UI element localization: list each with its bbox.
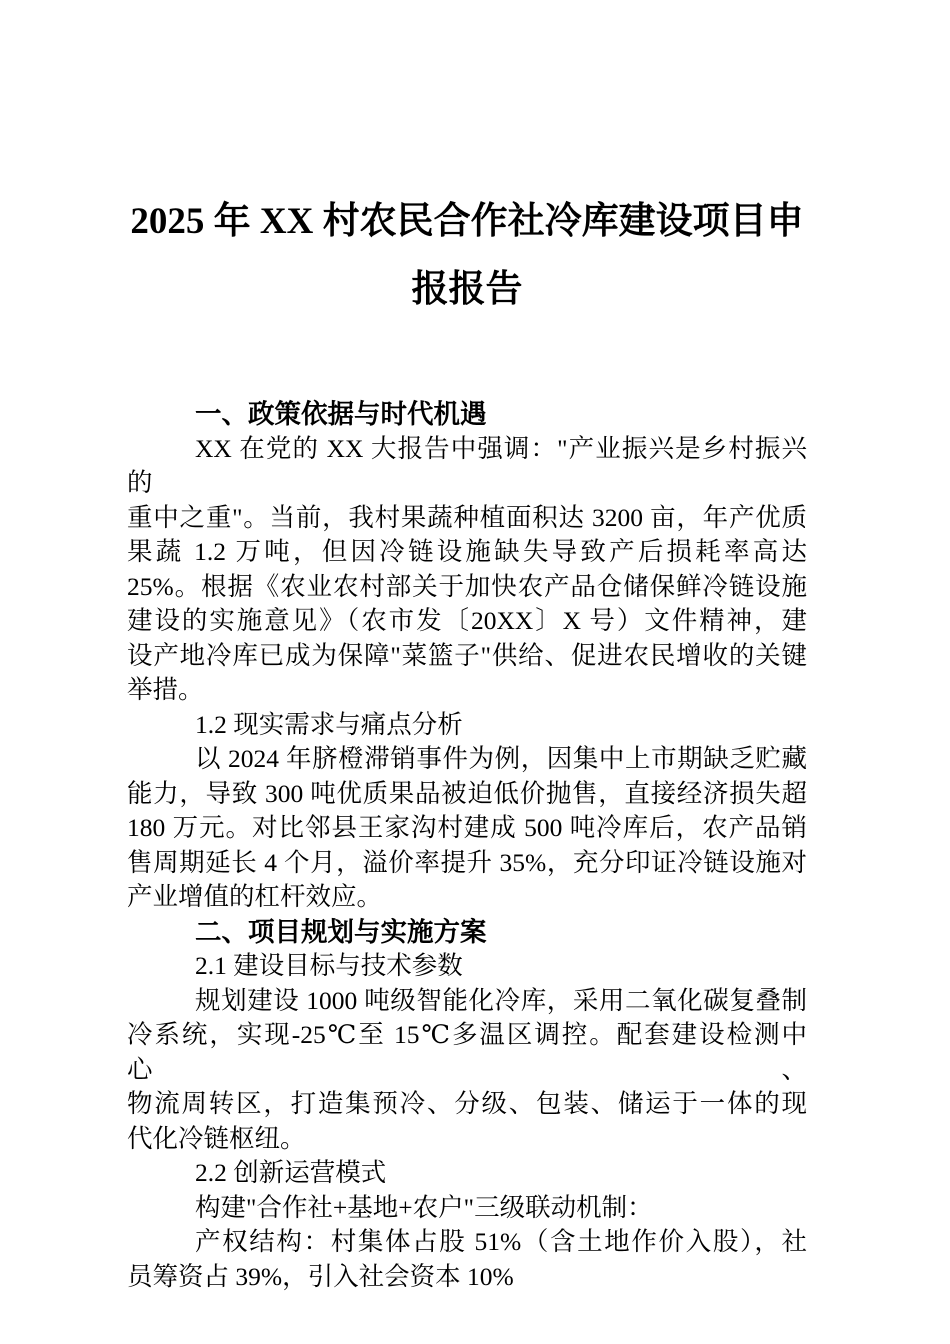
text-line: 售周期延长 4 个月，溢价率提升 35%，充分印证冷链设施对 [127,846,807,881]
document-body: 一、政策依据与时代机遇XX 在党的 XX 大报告中强调："产业振兴是乡村振兴的重… [127,397,807,1294]
text-line: 举措。 [127,673,807,708]
text-line: 冷系统，实现-25℃至 15℃多温区调控。配套建设检测中心、 [127,1018,807,1087]
sub-heading: 1.2 现实需求与痛点分析 [127,708,807,743]
text-line: 员筹资占 39%，引入社会资本 10% [127,1260,807,1295]
paragraph: 构建"合作社+基地+农户"三级联动机制： [127,1191,807,1226]
text-line: 产业增值的杠杆效应。 [127,880,807,915]
text-line: 产权结构：村集体占股 51%（含土地作价入股），社 [127,1225,807,1260]
document-title: 2025 年 XX 村农民合作社冷库建设项目申 报报告 [127,188,807,324]
paragraph: 产权结构：村集体占股 51%（含土地作价入股），社员筹资占 39%，引入社会资本… [127,1225,807,1294]
text-line: XX 在党的 XX 大报告中强调："产业振兴是乡村振兴的 [127,432,807,501]
paragraph: 以 2024 年脐橙滞销事件为例，因集中上市期缺乏贮藏能力，导致 300 吨优质… [127,742,807,915]
text-line: 代化冷链枢纽。 [127,1122,807,1157]
text-line: 设产地冷库已成为保障"菜篮子"供给、促进农民增收的关键 [127,639,807,674]
document-title-line-1: 2025 年 XX 村农民合作社冷库建设项目申 [127,188,807,256]
document-title-line-2: 报报告 [127,256,807,324]
section-heading: 一、政策依据与时代机遇 [127,397,807,432]
text-line: 物流周转区，打造集预冷、分级、包装、储运于一体的现 [127,1087,807,1122]
document-page: 2025 年 XX 村农民合作社冷库建设项目申 报报告 一、政策依据与时代机遇X… [0,0,950,1344]
text-line: 以 2024 年脐橙滞销事件为例，因集中上市期缺乏贮藏 [127,742,807,777]
text-line: 规划建设 1000 吨级智能化冷库，采用二氧化碳复叠制 [127,984,807,1019]
text-line: 180 万元。对比邻县王家沟村建成 500 吨冷库后，农产品销 [127,811,807,846]
sub-heading: 2.1 建设目标与技术参数 [127,949,807,984]
text-line: 建设的实施意见》（农市发〔20XX〕X 号）文件精神，建 [127,604,807,639]
text-line: 能力，导致 300 吨优质果品被迫低价抛售，直接经济损失超 [127,777,807,812]
text-line: 25%。根据《农业农村部关于加快农产品仓储保鲜冷链设施 [127,570,807,605]
paragraph: 规划建设 1000 吨级智能化冷库，采用二氧化碳复叠制冷系统，实现-25℃至 1… [127,984,807,1157]
text-line: 果蔬 1.2 万吨，但因冷链设施缺失导致产后损耗率高达 [127,535,807,570]
section-heading: 二、项目规划与实施方案 [127,915,807,950]
paragraph: XX 在党的 XX 大报告中强调："产业振兴是乡村振兴的重中之重"。当前，我村果… [127,432,807,708]
text-line: 构建"合作社+基地+农户"三级联动机制： [127,1191,807,1226]
sub-heading: 2.2 创新运营模式 [127,1156,807,1191]
text-line: 重中之重"。当前，我村果蔬种植面积达 3200 亩，年产优质 [127,501,807,536]
